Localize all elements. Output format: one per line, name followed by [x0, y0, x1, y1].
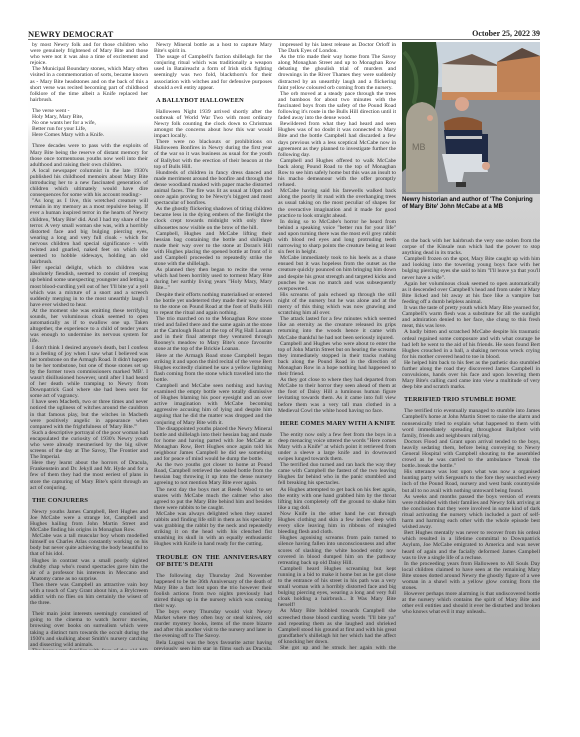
subheading-a-ballybot-halloween: A BALLYBOT HALLOWEEN [156, 97, 272, 104]
column-1: by most Newry folk and for those childre… [30, 42, 148, 678]
paragraph: The next day the boys met at Reeds Wood … [154, 487, 272, 511]
paragraph: impressed by his latest release as Docto… [278, 42, 396, 54]
photo-caption: Newry historian and author of 'The Conju… [402, 196, 540, 211]
paragraph: Three decades were to pass with the expl… [30, 143, 148, 167]
paragraph: The trio marched on to the Monaghan Row … [154, 316, 272, 353]
paragraph: Such a descriptive portrayal of the poor… [30, 430, 148, 460]
paragraph: At the moment she was emitting these ter… [30, 308, 148, 345]
paragraph: Bewildered from what they had heard and … [278, 121, 396, 158]
subheading-terrified-trio: TERRIFIED TRIO STUMBLE HOME [404, 396, 540, 403]
paragraph: A badly bitten and scratched McCabe desp… [402, 329, 540, 359]
paragraph: Now Knife in the other hand he cut throu… [278, 511, 396, 535]
article-photo: MB [402, 42, 540, 194]
paragraph: As planned they then began to recite the… [154, 267, 272, 291]
paragraph: The usage of Campbell's faction shillela… [154, 54, 272, 91]
paragraph: I don't think I desired anyone's death, … [30, 345, 148, 400]
paragraph: Campbell, Hughes and McCabe lifting thei… [154, 231, 272, 268]
paragraph: As they got close to where they had depa… [278, 377, 396, 414]
paragraph: Doctors Flood and Grant upon arrival ten… [402, 439, 540, 469]
paragraph: by most Newry folk and for those childre… [30, 42, 148, 66]
paragraph: Hughes agonising screams from pain turne… [278, 535, 396, 565]
column-4: on the back with her hairbrush the very … [402, 238, 540, 616]
paragraph: The entity now only a few feet from the … [278, 432, 396, 462]
paragraph: Campbell and Hughes offered to walk McCa… [278, 158, 396, 188]
paragraph: The boys every Thursday would visit Newr… [154, 609, 272, 639]
page-bottom-margin [0, 650, 580, 737]
paragraph: Despite their efforts nothing materialis… [154, 292, 272, 316]
paragraph: As the ghostly flickering shadows of tir… [154, 206, 272, 230]
paragraph: However perhaps more alarming is that un… [402, 591, 540, 615]
paragraph: As weeks and months passed the boys vers… [402, 494, 540, 531]
paragraph: Campbell heard Hughes screaming but kept… [278, 566, 396, 609]
paragraph: As Hughes attempted to get back on his f… [278, 487, 396, 511]
subheading-the-conjurers: THE CONJURERS [32, 497, 148, 504]
paragraph: Her special delight, which to children w… [30, 265, 148, 308]
paragraph: McCabe immediately took to his heels as … [278, 255, 396, 292]
paragraph: The attack lasted for a few minutes whic… [278, 316, 396, 340]
paragraph: Campbell and Hughes who were about to en… [278, 341, 396, 378]
paragraph: I have seen Macbeth, two or three times … [30, 399, 148, 429]
paragraph: "As long as I live, this wretched creatu… [30, 198, 148, 265]
paragraph: The Municipal Boundary stones, which Mar… [30, 66, 148, 103]
column-2: Newry Mineral bottle as a host to captur… [154, 42, 272, 664]
svg-text:MB: MB [412, 142, 426, 152]
paragraph: The terrified trio eventually managed to… [402, 408, 540, 438]
paragraph: In doing so to McCabe's horror he heard … [278, 219, 396, 256]
paragraph: Newry youths James Campbell, Bert Hughes… [30, 509, 148, 533]
paragraph: His utterance was lost upon what was now… [402, 469, 540, 493]
paragraph: Campbell and McCabe seen nothing and hav… [154, 383, 272, 426]
paragraph: Again her voluminous cloak seemed to ope… [402, 281, 540, 305]
paragraph: It was the taste of pretty youth which M… [402, 305, 540, 329]
paragraph: Bert Hughes mentally was never to recove… [402, 530, 540, 560]
paragraph: McCabe was always delighted when they sn… [154, 511, 272, 548]
subheading-here-comes-mary: HERE COMES MARY WITH A KNIFE [280, 420, 396, 427]
verse: The verse went - Holy Mary, Mary Bite, N… [32, 108, 148, 138]
paragraph: The following day Thursday 2nd November … [154, 573, 272, 610]
issue-date-page-number: October 25, 2022 39 [472, 29, 540, 38]
paragraph: The disappointed youths placed the Newry… [154, 426, 272, 463]
newspaper-page: NEWRY DEMOCRAT October 25, 2022 39 by mo… [0, 0, 580, 737]
paragraph: on the back with her hairbrush the very … [402, 238, 540, 256]
paragraph: The orb moved at a steady pace through t… [278, 91, 396, 121]
paragraph: As Mary Bite hobbled towards Campbell sh… [278, 608, 396, 645]
paragraph: There were no blackouts or prohibitions … [154, 139, 272, 169]
paragraph: Hundreds of children in fancy dress danc… [154, 170, 272, 207]
column-3: impressed by his latest release as Docto… [278, 42, 396, 675]
paragraph: Here they learnt about the horrors of Dr… [30, 460, 148, 490]
paragraph: In the proceeding years from Halloween t… [402, 561, 540, 591]
paragraph: Hughes in contrast was a small poorly si… [30, 558, 148, 582]
subheading-trouble-on-the-anniversary: TROUBLE ON THE ANNIVERSARY OF BITE'S DEA… [156, 554, 272, 568]
paragraph: As the two youths got closer to home at … [154, 462, 272, 486]
paragraph: His screams of pain echoed up through th… [278, 292, 396, 316]
masthead: NEWRY DEMOCRAT October 25, 2022 39 [28, 29, 540, 40]
paragraph: Their main joint interests seemingly con… [30, 611, 148, 648]
article-body: by most Newry folk and for those childre… [28, 42, 540, 650]
paragraph: As the trio made their way home from The… [278, 54, 396, 91]
paragraph: Then there was Campbell an attractive va… [30, 582, 148, 606]
photo-historian-at-mb-stone: MB [402, 42, 540, 194]
verse-line: Here Comes Mary with a Knife. [32, 132, 148, 138]
paragraph: He helped him back to his feet as the pa… [402, 360, 540, 390]
paragraph: Newry Mineral bottle as a host to captur… [154, 42, 272, 54]
paragraph: The terrified duo turned and ran back th… [278, 462, 396, 486]
paragraph: Campbell frozen on the spot, Mary Bite c… [402, 256, 540, 280]
paragraph: McCabe was a tall muscular boy whom mode… [30, 533, 148, 557]
paragraph: A local newspaper columnist in the late … [30, 168, 148, 198]
paper-name: NEWRY DEMOCRAT [28, 29, 113, 39]
paragraph: Here at the Armagh Road stone Campbell b… [154, 353, 272, 383]
paragraph: Halloween Night 1939 arrived shortly aft… [154, 109, 272, 139]
paragraph: McCabe having said his farewells walked … [278, 188, 396, 218]
